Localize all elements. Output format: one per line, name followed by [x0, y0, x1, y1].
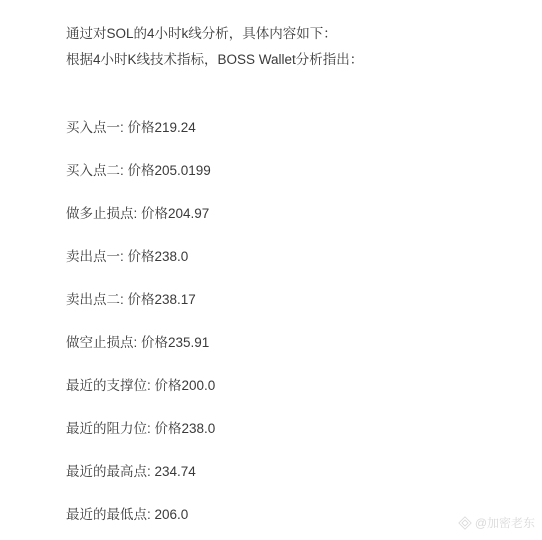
analysis-item-recent-low: 最近的最低点: 206.0: [66, 505, 502, 525]
intro-paragraph: 通过对SOL的4小时k线分析，具体内容如下： 根据4小时K线技术指标，BOSS …: [66, 21, 502, 73]
analysis-item-sell-1: 卖出点一: 价格238.0: [66, 247, 502, 267]
watermark: @加密老东: [458, 514, 535, 531]
analysis-item-buy-1: 买入点一: 价格219.24: [66, 118, 502, 138]
page: { "page": { "background": "#ffffff", "te…: [0, 0, 542, 540]
analysis-item-short-stoploss: 做空止损点: 价格235.91: [66, 333, 502, 353]
analysis-item-buy-2: 买入点二: 价格205.0199: [66, 161, 502, 181]
analysis-item-support: 最近的支撑位: 价格200.0: [66, 376, 502, 396]
analysis-list: 买入点一: 价格219.24 买入点二: 价格205.0199 做多止损点: 价…: [66, 118, 502, 525]
analysis-item-recent-high: 最近的最高点: 234.74: [66, 462, 502, 482]
intro-line-1: 通过对SOL的4小时k线分析，具体内容如下：: [66, 21, 502, 47]
analysis-item-long-stoploss: 做多止损点: 价格204.97: [66, 204, 502, 224]
intro-line-2: 根据4小时K线技术指标，BOSS Wallet分析指出：: [66, 47, 502, 73]
diamond-logo-icon: [458, 516, 472, 530]
analysis-item-sell-2: 卖出点二: 价格238.17: [66, 290, 502, 310]
watermark-text: @加密老东: [475, 514, 535, 531]
analysis-item-resistance: 最近的阻力位: 价格238.0: [66, 419, 502, 439]
article: 通过对SOL的4小时k线分析，具体内容如下： 根据4小时K线技术指标，BOSS …: [0, 0, 542, 525]
